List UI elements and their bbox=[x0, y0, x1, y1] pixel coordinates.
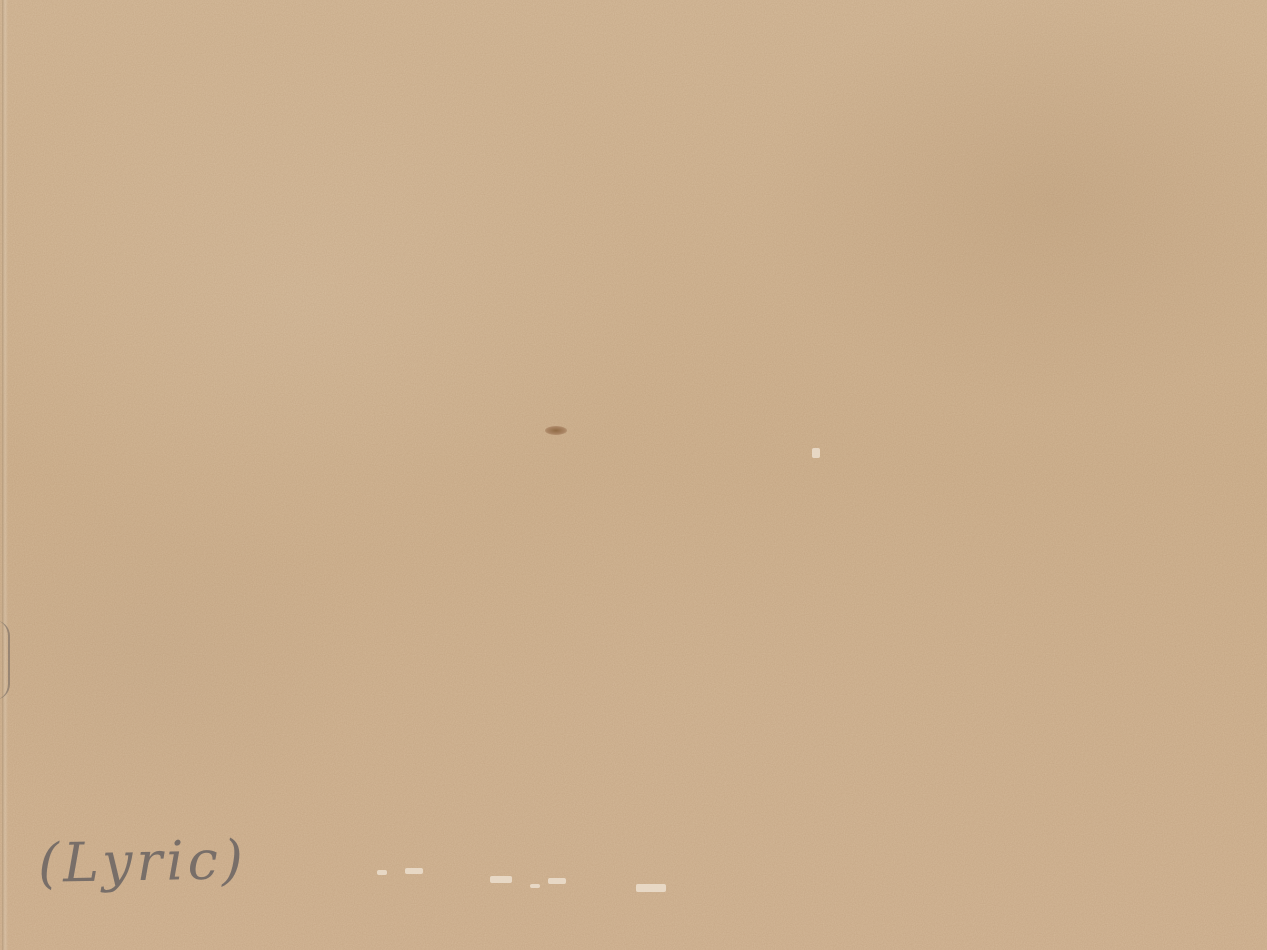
paper-fleck bbox=[636, 884, 666, 892]
paper-fleck bbox=[530, 884, 540, 888]
paper-fleck bbox=[405, 868, 423, 874]
paper-fleck bbox=[490, 876, 512, 883]
left-edge-mark bbox=[0, 620, 10, 700]
paper-fleck bbox=[548, 878, 566, 884]
stain-spot bbox=[545, 426, 567, 435]
paper-left-edge bbox=[2, 0, 8, 950]
paper-fleck bbox=[377, 870, 387, 875]
paper-grain-texture bbox=[0, 0, 1267, 950]
paper-fleck bbox=[812, 448, 820, 458]
handwritten-annotation: (Lyric) bbox=[37, 828, 247, 895]
